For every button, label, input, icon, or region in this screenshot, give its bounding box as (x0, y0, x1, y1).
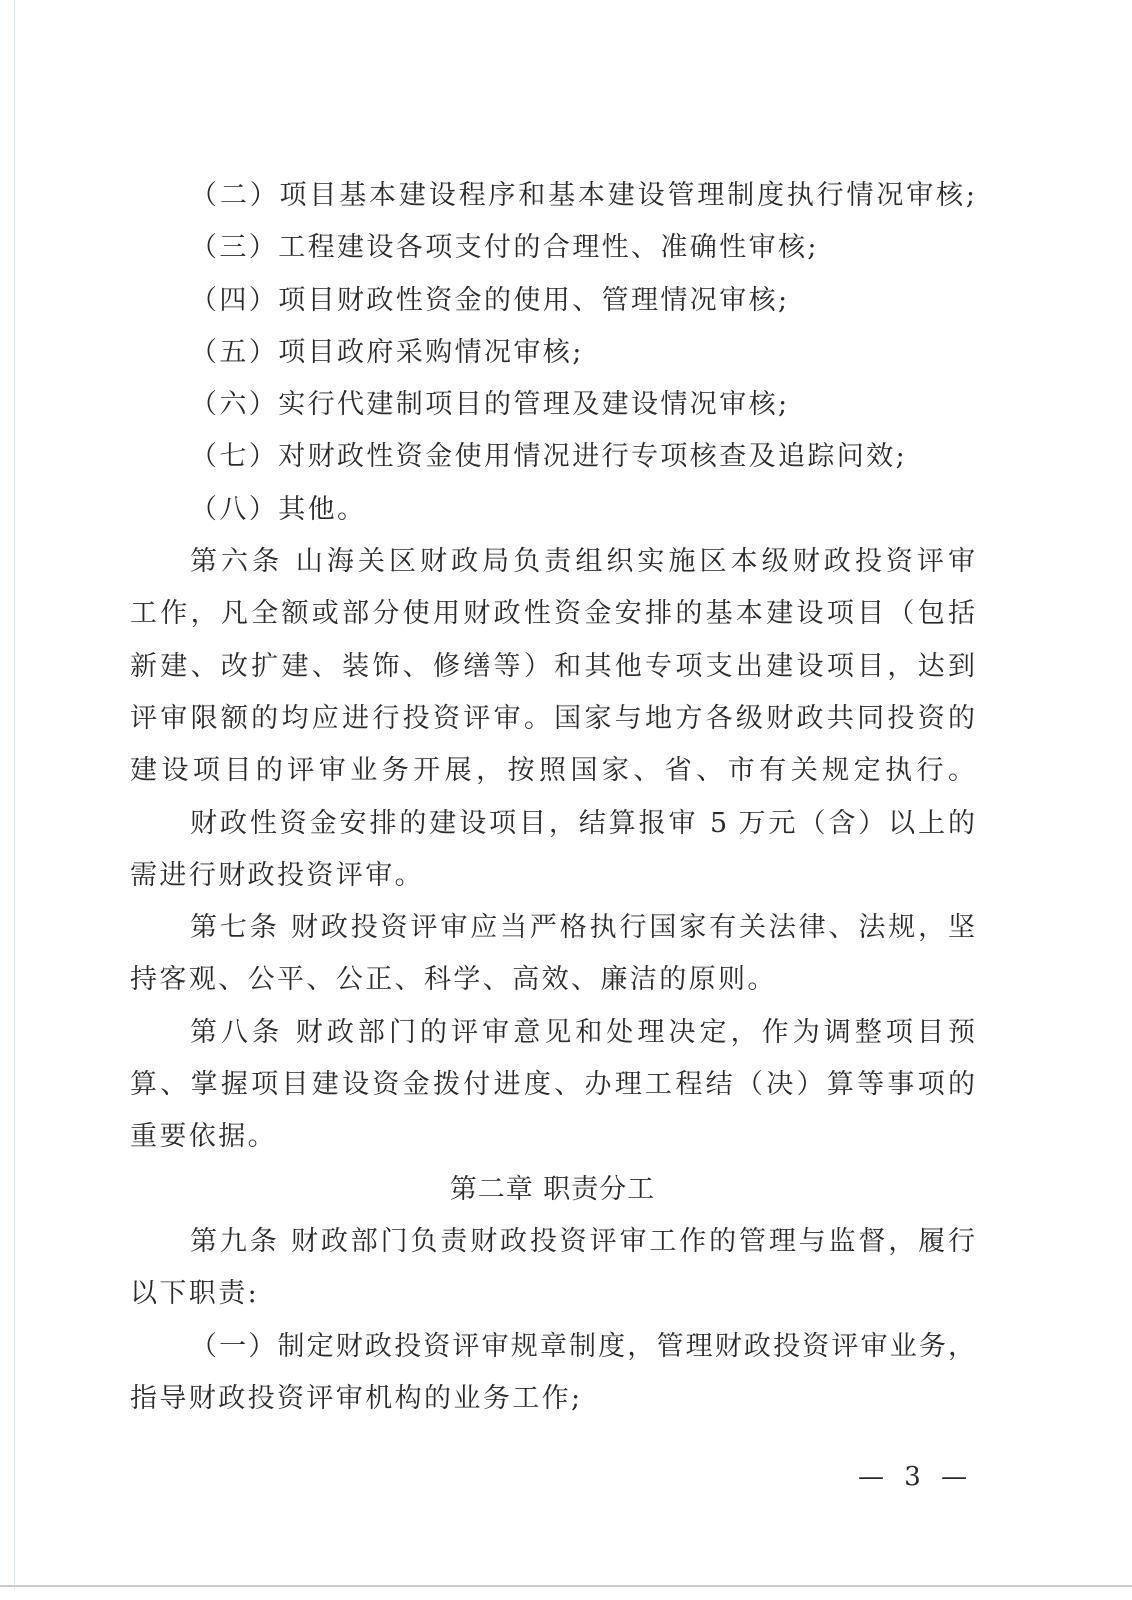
list-item-5: （五）项目政府采购情况审核; (130, 331, 975, 383)
page-number: — 3 — (858, 1462, 973, 1492)
chapter-heading: 第二章 职责分工 (130, 1168, 975, 1220)
article-9-line-2: 以下职责: (130, 1272, 975, 1324)
article-7-line-2: 持客观、公平、公正、科学、高效、廉洁的原则。 (130, 958, 975, 1010)
document-page: （二）项目基本建设程序和基本建设管理制度执行情况审核; （三）工程建设各项支付的… (130, 174, 975, 1429)
article-6-line-2: 工作，凡全额或部分使用财政性资金安排的基本建设项目（包括 (130, 592, 975, 644)
article-6-para2-line-2: 需进行财政投资评审。 (130, 854, 975, 906)
list-item-4: （四）项目财政性资金的使用、管理情况审核; (130, 279, 975, 331)
article-6-line-1: 第六条 山海关区财政局负责组织实施区本级财政投资评审 (130, 540, 975, 592)
article-8-line-3: 重要依据。 (130, 1115, 975, 1167)
article-6-line-5: 建设项目的评审业务开展，按照国家、省、市有关规定执行。 (130, 749, 975, 801)
article-8-line-1: 第八条 财政部门的评审意见和处理决定，作为调整项目预 (130, 1011, 975, 1063)
article-7-line-1: 第七条 财政投资评审应当严格执行国家有关法律、法规，坚 (130, 906, 975, 958)
list-item-8: （八）其他。 (130, 488, 975, 540)
article-8-line-2: 算、掌握项目建设资金拨付进度、办理工程结（决）算等事项的 (130, 1063, 975, 1115)
article-6-line-4: 评审限额的均应进行投资评审。国家与地方各级财政共同投资的 (130, 697, 975, 749)
article-6-line-3: 新建、改扩建、装饰、修缮等）和其他专项支出建设项目，达到 (130, 645, 975, 697)
article-6-para2-line-1: 财政性资金安排的建设项目，结算报审 5 万元（含）以上的 (130, 802, 975, 854)
list-item-3: （三）工程建设各项支付的合理性、准确性审核; (130, 226, 975, 278)
scan-edge-line-bottom (0, 1585, 1132, 1587)
list-item-6: （六）实行代建制项目的管理及建设情况审核; (130, 383, 975, 435)
article-9-item-1-line-1: （一）制定财政投资评审规章制度，管理财政投资评审业务， (130, 1325, 975, 1377)
scan-edge-line-left (14, 0, 15, 1590)
list-item-2: （二）项目基本建设程序和基本建设管理制度执行情况审核; (130, 174, 975, 226)
article-9-line-1: 第九条 财政部门负责财政投资评审工作的管理与监督，履行 (130, 1220, 975, 1272)
article-9-item-1-line-2: 指导财政投资评审机构的业务工作; (130, 1377, 975, 1429)
list-item-7: （七）对财政性资金使用情况进行专项核查及追踪问效; (130, 435, 975, 487)
